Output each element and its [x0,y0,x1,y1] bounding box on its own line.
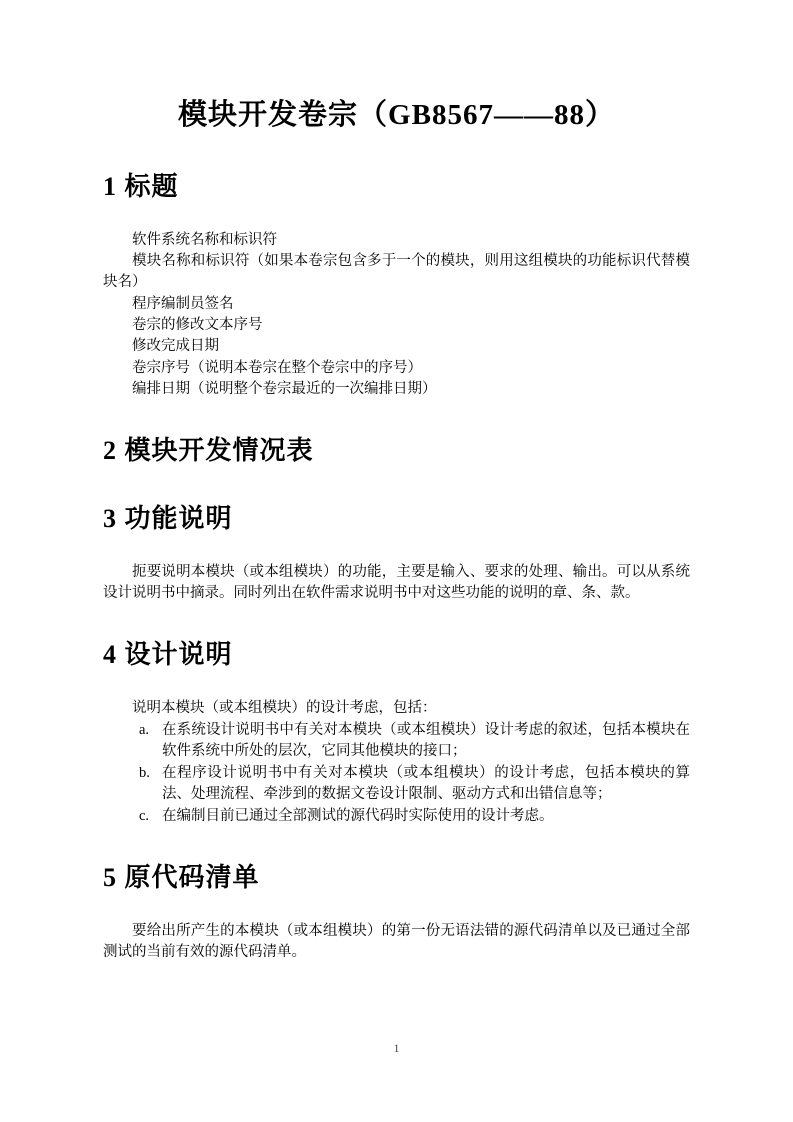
section-heading: 1 标题 [103,170,690,204]
paragraph: 模块名称和标识符（如果本卷宗包含多于一个的模块，则用这组模块的功能标识代替模块名… [103,251,690,294]
list-marker: b. [139,763,162,806]
document-page: 模块开发卷宗（GB8567——88） 1 标题软件系统名称和标识符模块名称和标识… [0,0,793,1122]
paragraph: 编排日期（说明整个卷宗最近的一次编排日期） [103,379,690,400]
paragraph: 卷宗的修改文本序号 [103,315,690,336]
paragraph: 卷宗序号（说明本卷宗在整个卷宗中的序号） [103,358,690,379]
paragraph: 要给出所产生的本模块（或本组模块）的第一份无语法错的源代码清单以及已通过全部测试… [103,921,690,964]
paragraph: 扼要说明本模块（或本组模块）的功能，主要是输入、要求的处理、输出。可以从系统设计… [103,562,690,605]
paragraph: 修改完成日期 [103,336,690,357]
section-heading: 2 模块开发情况表 [103,434,690,468]
section-heading: 5 原代码清单 [103,861,690,895]
document-body: 1 标题软件系统名称和标识符模块名称和标识符（如果本卷宗包含多于一个的模块，则用… [103,170,690,963]
list-item: b.在程序设计说明书中有关对本模块（或本组模块）的设计考虑，包括本模块的算法、处… [139,763,690,806]
paragraph: 说明本模块（或本组模块）的设计考虑，包括： [103,698,690,719]
paragraph: 软件系统名称和标识符 [103,230,690,251]
document-title: 模块开发卷宗（GB8567——88） [103,94,690,136]
paragraph: 程序编制员签名 [103,294,690,315]
section-heading: 3 功能说明 [103,502,690,536]
section-heading: 4 设计说明 [103,638,690,672]
list-item-text: 在编制目前已通过全部测试的源代码时实际使用的设计考虑。 [162,806,690,828]
page-number: 1 [0,1041,793,1056]
list-item: c.在编制目前已通过全部测试的源代码时实际使用的设计考虑。 [139,806,690,828]
list-marker: a. [139,720,162,763]
list-item-text: 在程序设计说明书中有关对本模块（或本组模块）的设计考虑，包括本模块的算法、处理流… [162,763,690,806]
list-marker: c. [139,806,162,828]
list-item-text: 在系统设计说明书中有关对本模块（或本组模块）设计考虑的叙述，包括本模块在软件系统… [162,720,690,763]
list-item: a.在系统设计说明书中有关对本模块（或本组模块）设计考虑的叙述，包括本模块在软件… [139,720,690,763]
